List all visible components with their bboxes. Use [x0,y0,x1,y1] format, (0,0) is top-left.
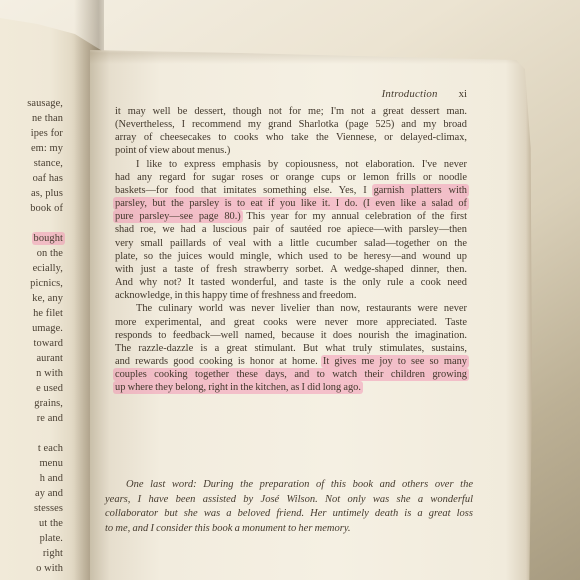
text-line: (Nevertheless, I recommend my grand Shar… [115,118,467,131]
left-page-text-line: plate. [0,531,63,546]
text-line: more experimental, and great cooks were … [115,316,467,329]
text-run: years, I have been assisted by José Wils… [105,494,473,505]
left-page-text-line: sausage, [0,96,63,111]
text-line: collaborator but she was a beloved frien… [105,507,473,522]
left-page-text-line: as, plus [0,186,63,201]
text-run: plate, so the juices would mingle, which… [115,251,467,262]
body-text: it may well be dessert, though not for m… [115,105,467,394]
text-run: and rewards good cooking is honor at hom… [115,356,323,367]
text-run: point of view about menus.) [115,145,230,156]
text-line: shad roe, we had a luscious pair of saut… [115,223,467,236]
left-page-text-line: ut the [0,516,63,531]
text-run: (Nevertheless, I recommend my grand Shar… [115,119,467,130]
paragraph: it may well be dessert, though not for m… [115,105,467,158]
left-page-text-line: picnics, [0,276,63,291]
text-line: acknowledge, in this happy time of fresh… [115,289,467,302]
text-line: plate, so the juices would mingle, which… [115,250,467,263]
left-page-text-line: t each [0,441,63,456]
left-page-text-line: ne than [0,111,63,126]
text-line: I like to express emphasis by copiousnes… [115,158,467,171]
left-page-text-line: h and [0,471,63,486]
left-page-text-line: n with [0,366,63,381]
text-run: had any regard for sugar roses or orange… [115,172,467,183]
text-line: point of view about menus.) [115,144,467,157]
text-run: collaborator but she was a beloved frien… [105,508,473,519]
section-title: Introduction [382,88,438,100]
text-run: One last word: During the preparation of… [126,479,473,490]
text-run: acknowledge, in this happy time of fresh… [115,290,357,301]
closing-note: One last word: During the preparation of… [105,478,473,536]
left-page-text-line: stesses [0,501,63,516]
text-run: baskets—for food that imitates something… [115,185,374,196]
left-page-text-line: o with [0,561,63,576]
text-line: had any regard for sugar roses or orange… [115,171,467,184]
left-page-text-line: re and [0,411,63,426]
text-run: to me, and I consider this book a monume… [105,523,351,534]
left-page-text-fragments: sausage,ne thanipes forem: mystance,oaf … [0,96,63,576]
text-line: responds to feedback—well named, because… [115,329,467,342]
left-page-text-line: toward [0,336,63,351]
page-number: xi [459,88,467,100]
left-page-text-line: right [0,546,63,561]
text-line: years, I have been assisted by José Wils… [105,493,473,508]
left-page-text-line: menu [0,456,63,471]
pink-highlight: up where they belong, right in the kitch… [113,381,363,394]
text-line: up where they belong, right in the kitch… [115,381,467,394]
text-line: baskets—for food that imitates something… [115,184,467,197]
text-line: to me, and I consider this book a monume… [105,522,473,537]
left-page-text-line: bought [0,231,63,246]
right-page: Introductionxi it may well be dessert, t… [90,0,532,580]
pink-highlight: parsley, but the parsley is to eat if yo… [113,197,469,210]
text-line: One last word: During the preparation of… [105,478,473,493]
text-line: it may well be dessert, though not for m… [115,105,467,118]
text-run: And why not? It tasted wonderful, and ta… [115,277,467,288]
left-page-text-line: ecially, [0,261,63,276]
left-page-text-line: ay and [0,486,63,501]
pink-highlight: couples cooking together these days, and… [113,368,469,381]
left-page-text-line: grains, [0,396,63,411]
text-line: And why not? It tasted wonderful, and ta… [115,276,467,289]
text-line: very small paillards of veal with a litt… [115,237,467,250]
left-page-text-line: oaf has [0,171,63,186]
text-line: The culinary world was never livelier th… [115,302,467,315]
left-page-text-line: umage. [0,321,63,336]
text-line: couples cooking together these days, and… [115,368,467,381]
left-page-text-line: e used [0,381,63,396]
left-page-text-line [0,216,63,231]
text-line: The razzle-dazzle is a great stimulant. … [115,342,467,355]
text-line: and rewards good cooking is honor at hom… [115,355,467,368]
left-page-text-line: book of [0,201,63,216]
text-run: array of cheesecakes to cooks who take t… [115,132,467,143]
left-page-text-line: ke, any [0,291,63,306]
left-page-text-line: ipes for [0,126,63,141]
left-page-text-line: he filet [0,306,63,321]
text-line: with just a taste of fresh strawberry so… [115,263,467,276]
text-run: The culinary world was never livelier th… [136,303,467,314]
text-run: it may well be dessert, though not for m… [115,106,467,117]
text-line: array of cheesecakes to cooks who take t… [115,131,467,144]
text-line: parsley, but the parsley is to eat if yo… [115,197,467,210]
paragraph: The culinary world was never livelier th… [115,302,467,394]
text-run: very small paillards of veal with a litt… [115,238,467,249]
page-header: Introductionxi [115,88,467,100]
text-line: pure parsley—see page 80.) This year for… [115,210,467,223]
text-run: I like to express emphasis by copiousnes… [136,159,467,170]
pink-highlight: It gives me joy to see so many [321,355,469,368]
pink-highlight: bought [32,232,65,245]
left-page-text-line: aurant [0,351,63,366]
pink-highlight: pure parsley—see page 80.) [113,210,243,223]
left-page-text-line [0,426,63,441]
left-page-text-line: stance, [0,156,63,171]
pink-highlight: garnish platters with [372,184,469,197]
text-run: This year for my annual celebration of t… [241,211,467,222]
left-page-text-line: em: my [0,141,63,156]
text-run: responds to feedback—well named, because… [115,330,467,341]
text-run: more experimental, and great cooks were … [115,317,467,328]
text-run: with just a taste of fresh strawberry so… [115,264,467,275]
paragraph: I like to express emphasis by copiousnes… [115,158,467,303]
left-page-text-line: on the [0,246,63,261]
text-run: The razzle-dazzle is a great stimulant. … [115,343,467,354]
text-run: shad roe, we had a luscious pair of saut… [115,224,467,235]
